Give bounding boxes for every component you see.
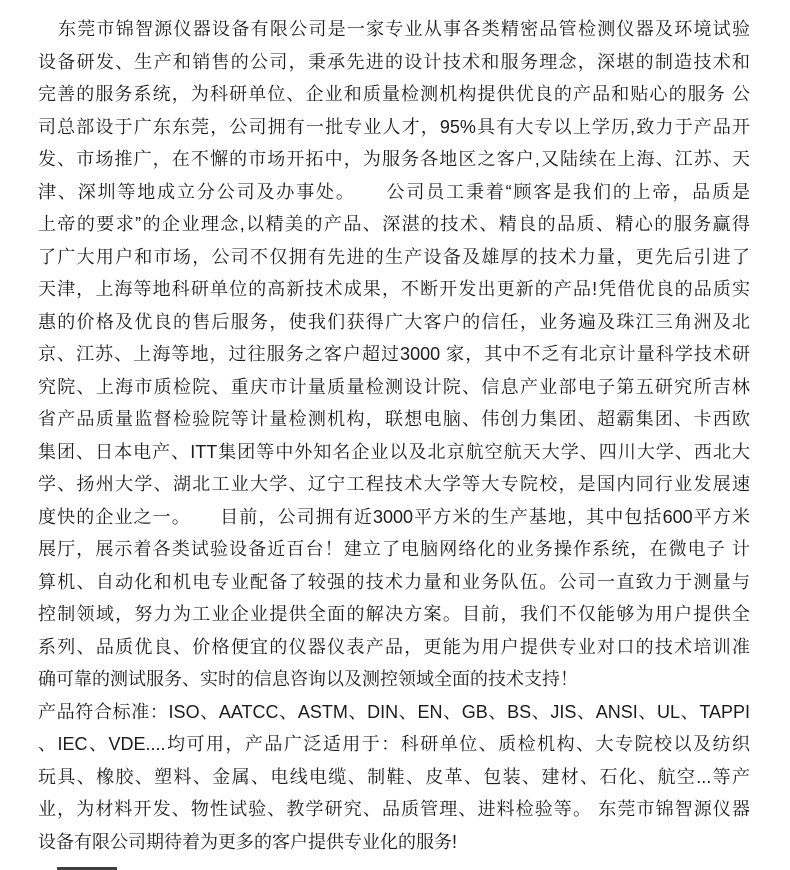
- text-line: 了广大用户和市场，公司不仅拥有先进的生产设备及雄厚的技术力量，更先后引进了: [38, 241, 750, 274]
- company-introduction-paragraph: 东莞市锦智源仪器设备有限公司是一家专业从事各类精密品管检测仪器及环境试验设备研发…: [38, 13, 750, 696]
- company-intro-document: 东莞市锦智源仪器设备有限公司是一家专业从事各类精密品管检测仪器及环境试验设备研发…: [0, 0, 790, 870]
- text-line: 究院、上海市质检院、重庆市计量质量检测设计院、信息产业部电子第五研究所吉林: [38, 371, 750, 404]
- text-line: 惠的价格及优良的售后服务，使我们获得广大客户的信任，业务遍及珠江三角洲及北: [38, 306, 750, 339]
- text-line: 算机、自动化和机电专业配备了较强的技术力量和业务队伍。公司一直致力于测量与: [38, 566, 750, 599]
- document-body-text: 东莞市锦智源仪器设备有限公司是一家专业从事各类精密品管检测仪器及环境试验设备研发…: [38, 13, 750, 858]
- text-line: 学、扬州大学、湖北工业大学、辽宁工程技术大学等大专院校，是国内同行业发展速: [38, 468, 750, 501]
- text-line: 设备有限公司期待着为更多的客户提供专业化的服务!: [38, 826, 750, 859]
- text-line: 业，为材料开发、物性试验、教学研究、品质管理、进料检验等。 东莞市锦智源仪器: [38, 793, 750, 826]
- text-line: 发、市场推广，在不懈的市场开拓中，为服务各地区之客户,又陆续在上海、江苏、天: [38, 143, 750, 176]
- text-line: 玩具、橡胶、塑料、金属、电线电缆、制鞋、皮革、包装、建材、石化、航空...等产: [38, 761, 750, 794]
- text-line: 设备研发、生产和销售的公司，秉承先进的设计技术和服务理念，深堪的制造技术和: [38, 46, 750, 79]
- text-line: 天津，上海等地科研单位的高新技术成果，不断开发出更新的产品!凭借优良的品质实: [38, 273, 750, 306]
- text-line: 省产品质量监督检验院等计量检测机构，联想电脑、伟创力集团、超霸集团、卡西欧: [38, 403, 750, 436]
- standards-and-applications-paragraph: 产品符合标准：ISO、AATCC、ASTM、DIN、EN、GB、BS、JIS、A…: [38, 696, 750, 859]
- text-line: 产品符合标准：ISO、AATCC、ASTM、DIN、EN、GB、BS、JIS、A…: [38, 696, 750, 729]
- text-line: 东莞市锦智源仪器设备有限公司是一家专业从事各类精密品管检测仪器及环境试验: [38, 13, 750, 46]
- text-line: 津、深圳等地成立分公司及办事处。 公司员工秉着“顾客是我们的上帝，品质是: [38, 176, 750, 209]
- text-line: 上帝的要求”的企业理念,以精美的产品、深湛的技术、精良的品质、精心的服务赢得: [38, 208, 750, 241]
- text-line: 度快的企业之一。 目前，公司拥有近3000平方米的生产基地，其中包括600平方米: [38, 501, 750, 534]
- text-line: 、IEC、VDE....均可用，产品广泛适用于：科研单位、质检机构、大专院校以及…: [38, 728, 750, 761]
- text-line: 控制领域，努力为工业企业提供全面的解决方案。目前，我们不仅能够为用户提供全: [38, 598, 750, 631]
- text-line: 集团、日本电产、ITT集团等中外知名企业以及北京航空航天大学、四川大学、西北大: [38, 436, 750, 469]
- text-line: 展厅，展示着各类试验设备近百台！建立了电脑网络化的业务操作系统，在微电子 计: [38, 533, 750, 566]
- text-line: 京、江苏、上海等地，过往服务之客户超过3000 家，其中不乏有北京计量科学技术研: [38, 338, 750, 371]
- text-line: 完善的服务系统，为科研单位、企业和质量检测机构提供优良的产品和贴心的服务 公: [38, 78, 750, 111]
- text-line: 系列、品质优良、价格便宜的仪器仪表产品，更能为用户提供专业对口的技术培训准: [38, 631, 750, 664]
- page: { "theme": { "background": "#ffffff", "t…: [0, 0, 790, 870]
- text-line: 确可靠的测试服务、实时的信息咨询以及测控领域全面的技术支持！: [38, 663, 750, 696]
- text-line: 司总部设于广东东莞，公司拥有一批专业人才，95%具有大专以上学历,致力于产品开: [38, 111, 750, 144]
